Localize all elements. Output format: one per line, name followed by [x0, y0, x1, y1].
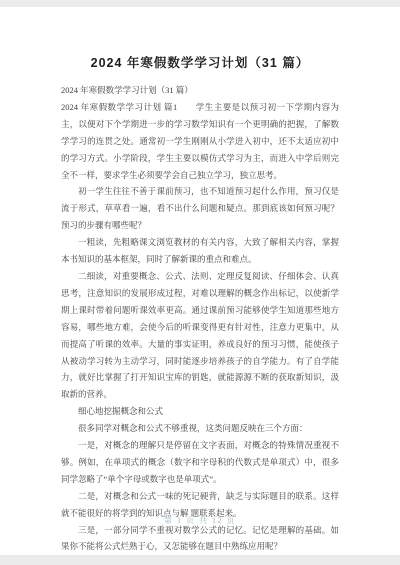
document-page: 2024 年寒假数学学习计划（31 篇） 2024 年寒假数学学习计划（31 篇… [0, 7, 400, 555]
paragraph: 二细读，对重要概念、公式、法则、定理反复阅读、仔细体会、认真思考，注意知识的发展… [61, 268, 339, 403]
document-viewer: 2024 年寒假数学学习计划（31 篇） 2024 年寒假数学学习计划（31 篇… [0, 0, 400, 565]
paragraph: 初一学生往往不善于课前预习，也不知道预习起什么作用，预习仅是流于形式，草草看一遍… [61, 183, 339, 234]
paragraph: 很多同学对概念和公式不够重视，这类问题反映在三个方面： [61, 420, 339, 437]
paragraph: 2024 年寒假数学学习计划 篇1 学生主要是以预习初一下学期内容为主，以便对下… [61, 99, 339, 184]
document-body: 2024 年寒假数学学习计划（31 篇）2024 年寒假数学学习计划 篇1 学生… [61, 82, 339, 555]
document-title: 2024 年寒假数学学习计划（31 篇） [0, 56, 400, 71]
page-footer: 第 1 页 共 12 页 [0, 515, 400, 526]
paragraph: 一粗读，先粗略课文浏览教材的有关内容，大致了解相关内容，掌握本书知识的基本框架，… [61, 234, 339, 268]
paragraph: 细心地挖掘概念和公式 [61, 403, 339, 420]
paragraph: 三是，一部分同学不重视对数学公式的记忆。记忆是理解的基础。如果你不能将公式烂熟于… [61, 522, 339, 556]
paragraph: 一是，对概念的理解只是停留在文字表面，对概念的特殊情况重视不够。例如，在单项式的… [61, 437, 339, 488]
paragraph: 2024 年寒假数学学习计划（31 篇） [61, 82, 339, 99]
